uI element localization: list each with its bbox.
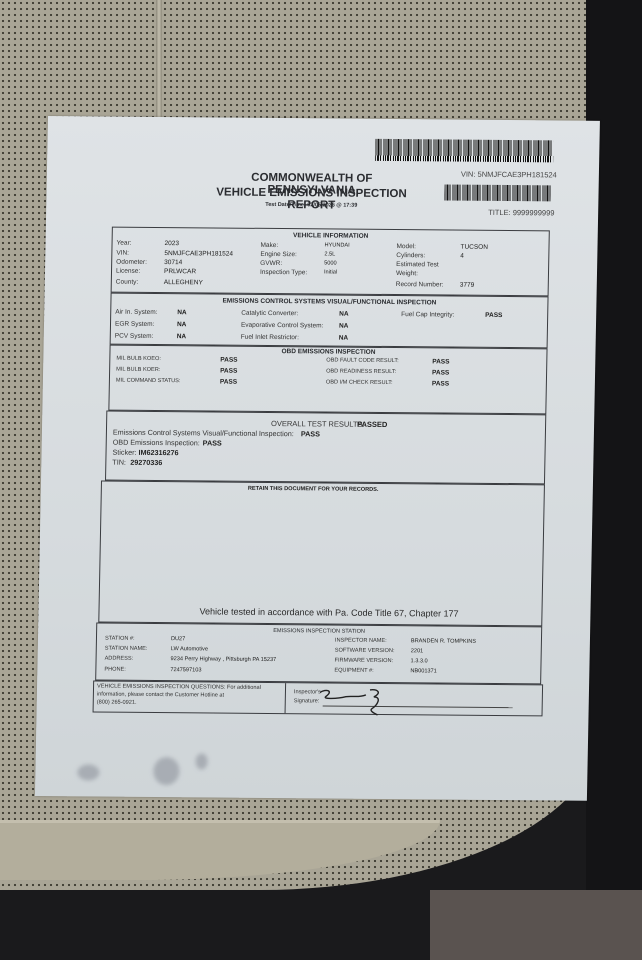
smudge-mark: [153, 757, 180, 785]
value-equipment: NB001371: [410, 668, 437, 674]
label-mil-koeo: MIL BULB KOEO:: [116, 356, 161, 362]
label-im-check: OBD I/M CHECK RESULT:: [326, 379, 393, 386]
vin-barcode-label: VIN: 5NMJFCAE3PH181524: [461, 170, 557, 180]
value-inspector-name: BRANDEN R. TOMPKINS: [411, 638, 476, 645]
overall-results-section: OVERALL TEST RESULTS: PASSED Emissions C…: [105, 411, 546, 485]
value-station-name: LW Automotive: [171, 646, 208, 652]
retain-section: RETAIN THIS DOCUMENT FOR YOUR RECORDS. V…: [98, 481, 545, 627]
label-software-version: SOFTWARE VERSION:: [335, 648, 395, 655]
smudge-mark: [195, 753, 207, 769]
label-year: Year:: [116, 240, 131, 247]
label-engine-size: Engine Size:: [260, 251, 297, 258]
value-phone: 7247597103: [170, 667, 201, 673]
value-make: HYUNDAI: [324, 242, 349, 248]
overall-results-value: PASSED: [357, 420, 387, 429]
questions-line2: information, please contact the Customer…: [97, 692, 224, 699]
section-title: EMISSIONS CONTROL SYSTEMS VISUAL/FUNCTIO…: [111, 297, 547, 308]
value-address: 9234 Perry Highway , Pittsburgh PA 15237: [171, 656, 277, 663]
emissions-inspection-report: VIN: 5NMJFCAE3PH181524 TITLE: 9999999999…: [35, 116, 600, 801]
value-mil-koeo: PASS: [220, 357, 237, 364]
label-readiness: OBD READINESS RESULT:: [326, 368, 396, 375]
questions-box: VEHICLE EMISSIONS INSPECTION QUESTIONS: …: [94, 681, 287, 713]
value-record-number: 3779: [460, 282, 475, 289]
label-mil-command: MIL COMMAND STATUS:: [116, 378, 181, 385]
ecs-summary-label: Emissions Control Systems Visual/Functio…: [113, 428, 294, 439]
label-fuel-cap: Fuel Cap Integrity:: [401, 311, 454, 318]
value-year: 2023: [164, 240, 179, 247]
value-cylinders: 4: [460, 253, 464, 260]
label-weight: Weight:: [396, 270, 418, 277]
label-mil-koer: MIL BULB KOER:: [116, 367, 160, 373]
floor-mat: [430, 890, 642, 960]
value-pcv: NA: [177, 333, 187, 340]
label-phone: PHONE:: [104, 667, 126, 673]
emissions-control-section: EMISSIONS CONTROL SYSTEMS VISUAL/FUNCTIO…: [110, 293, 549, 349]
value-mil-command: PASS: [220, 379, 237, 386]
sticker-value: IM62316276: [138, 448, 178, 457]
vehicle-information-section: VEHICLE INFORMATION Year: 2023 VIN: 5NMJ…: [111, 227, 550, 297]
value-fuel-inlet: NA: [339, 335, 349, 342]
value-station-number: DU27: [171, 636, 185, 642]
title-barcode: [444, 184, 550, 201]
title-barcode-label: TITLE: 9999999999: [488, 208, 554, 218]
label-fuel-inlet: Fuel Inlet Restrictor:: [241, 334, 299, 342]
label-evaporative: Evaporative Control System:: [241, 322, 323, 330]
label-pcv: PCV System:: [115, 333, 154, 340]
smudge-mark: [77, 764, 99, 780]
value-evaporative: NA: [339, 323, 349, 330]
label-egr: EGR System:: [115, 321, 155, 328]
label-firmware-version: FIRMWARE VERSION:: [334, 658, 393, 665]
sticker-label: Sticker:: [112, 448, 136, 457]
label-equipment: EQUIPMENT #:: [334, 668, 373, 674]
label-license: License:: [116, 268, 140, 275]
label-model: Model:: [396, 243, 416, 250]
value-readiness: PASS: [432, 369, 449, 376]
vin-barcode: [375, 139, 553, 163]
value-fault-code: PASS: [432, 358, 449, 365]
value-im-check: PASS: [432, 380, 449, 387]
label-odometer: Odometer:: [116, 259, 147, 266]
label-station-number: STATION #:: [105, 636, 135, 642]
compliance-note: Vehicle tested in accordance with Pa. Co…: [199, 606, 458, 618]
tin-label: TIN:: [112, 458, 126, 467]
label-vin: VIN:: [116, 250, 129, 257]
value-fuel-cap: PASS: [485, 312, 502, 319]
value-firmware-version: 1.3.3.0: [410, 658, 427, 664]
section-title: EMISSIONS INSPECTION STATION: [97, 626, 541, 636]
value-software-version: 2201: [411, 648, 424, 654]
value-catalytic: NA: [339, 311, 349, 318]
label-record-number: Record Number:: [396, 281, 444, 288]
value-engine-size: 2.5L: [324, 251, 335, 257]
hotline-number: (800) 265-0921.: [97, 700, 137, 706]
label-inspector-name: INSPECTOR NAME:: [335, 638, 387, 644]
value-egr: NA: [177, 321, 187, 328]
label-catalytic: Catalytic Converter:: [241, 310, 298, 317]
questions-line1: VEHICLE EMISSIONS INSPECTION QUESTIONS: …: [97, 684, 261, 691]
value-model: TUCSON: [460, 244, 488, 251]
value-air-in: NA: [177, 309, 187, 316]
label-estimated-test: Estimated Test: [396, 261, 439, 268]
obd-summary-label: OBD Emissions Inspection:: [113, 438, 200, 448]
label-gvwr: GVWR:: [260, 260, 282, 267]
value-vin: 5NMJFCAE3PH181524: [164, 250, 233, 258]
inspector-signature: [311, 684, 402, 719]
value-license: PRLWCAR: [164, 268, 196, 275]
retain-notice: RETAIN THIS DOCUMENT FOR YOUR RECORDS.: [248, 486, 379, 493]
value-county: ALLEGHENY: [164, 279, 203, 286]
value-odometer: 30714: [164, 259, 182, 266]
obd-section: OBD EMISSIONS INSPECTION MIL BULB KOEO: …: [108, 345, 547, 415]
tin-value: 29270336: [130, 458, 162, 467]
seat-seam: [156, 0, 162, 130]
label-make: Make:: [260, 242, 278, 249]
label-air-in: Air In. System:: [115, 309, 157, 316]
label-cylinders: Cylinders:: [396, 252, 425, 259]
overall-results-label: OVERALL TEST RESULTS:: [271, 419, 365, 429]
label-county: County:: [116, 279, 139, 286]
obd-summary-value: PASS: [203, 438, 222, 447]
value-gvwr: 5000: [324, 260, 337, 266]
value-inspection-type: Initial: [324, 269, 337, 275]
label-inspection-type: Inspection Type:: [260, 269, 307, 276]
label-fault-code: OBD FAULT CODE RESULT:: [326, 357, 399, 364]
ecs-summary-value: PASS: [301, 429, 320, 438]
label-address: ADDRESS:: [105, 656, 134, 662]
value-mil-koer: PASS: [220, 368, 237, 375]
section-title: OBD EMISSIONS INSPECTION: [110, 347, 546, 358]
label-station-name: STATION NAME:: [105, 646, 148, 652]
inspection-station-section: EMISSIONS INSPECTION STATION STATION #: …: [95, 622, 542, 684]
